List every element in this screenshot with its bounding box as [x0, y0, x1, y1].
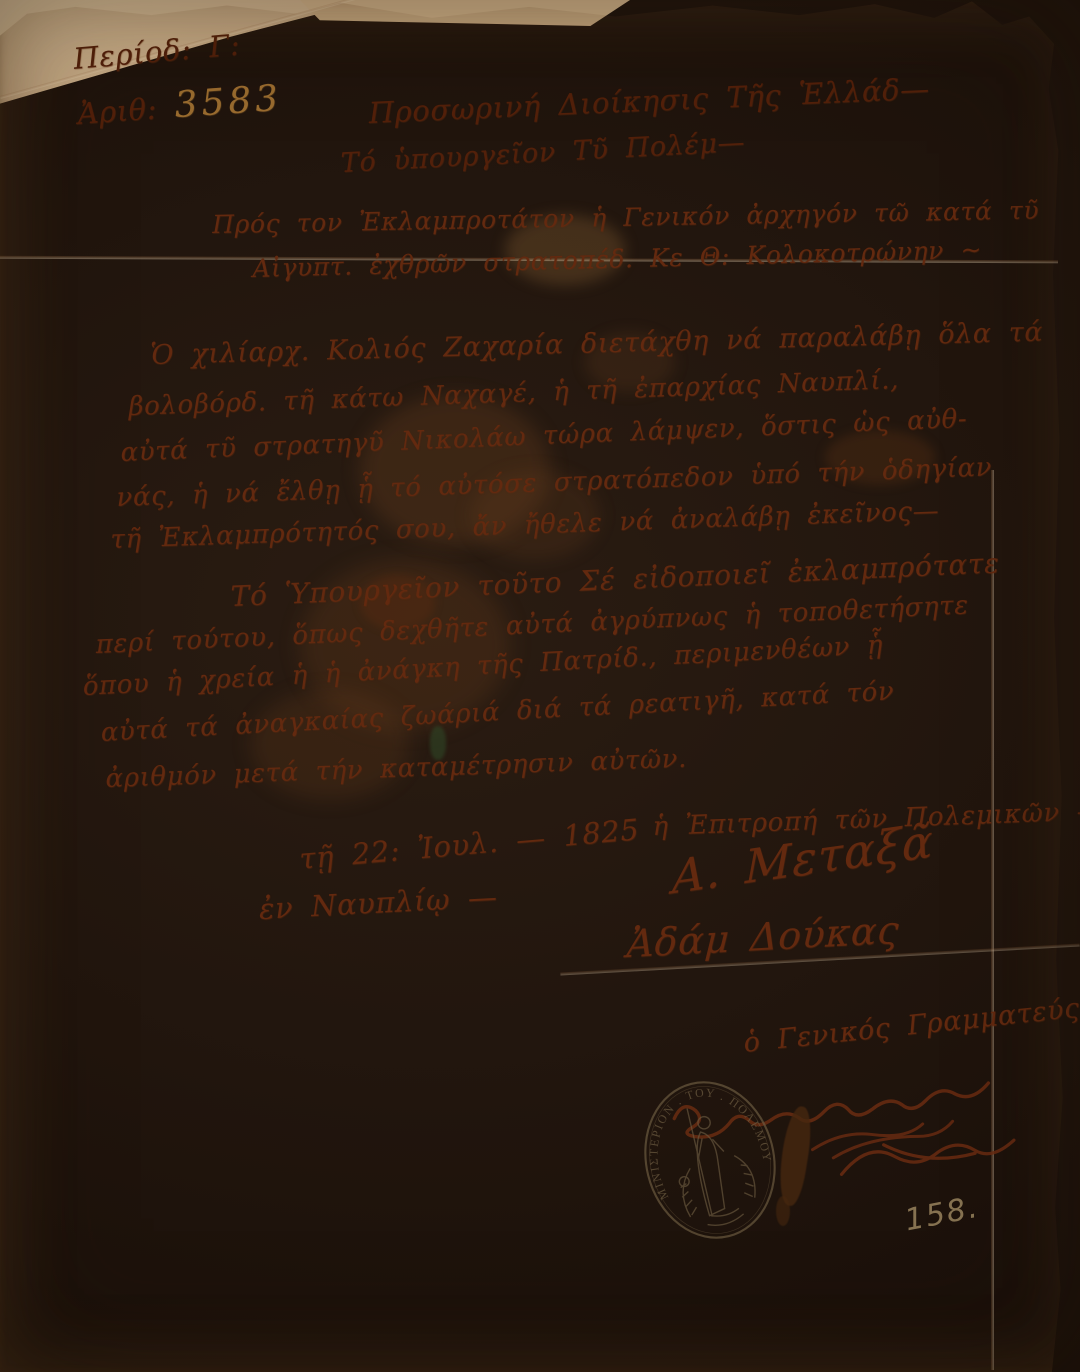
photographed-manuscript: Περίοδ: Γ: Ἀριθ: 3583 Προσωρινή Διοίκησι… [0, 0, 1080, 1372]
ink-blot [776, 1196, 790, 1226]
registry-number-value: 3583 [173, 78, 283, 126]
registry-number-label: Ἀριθ: [76, 91, 158, 130]
